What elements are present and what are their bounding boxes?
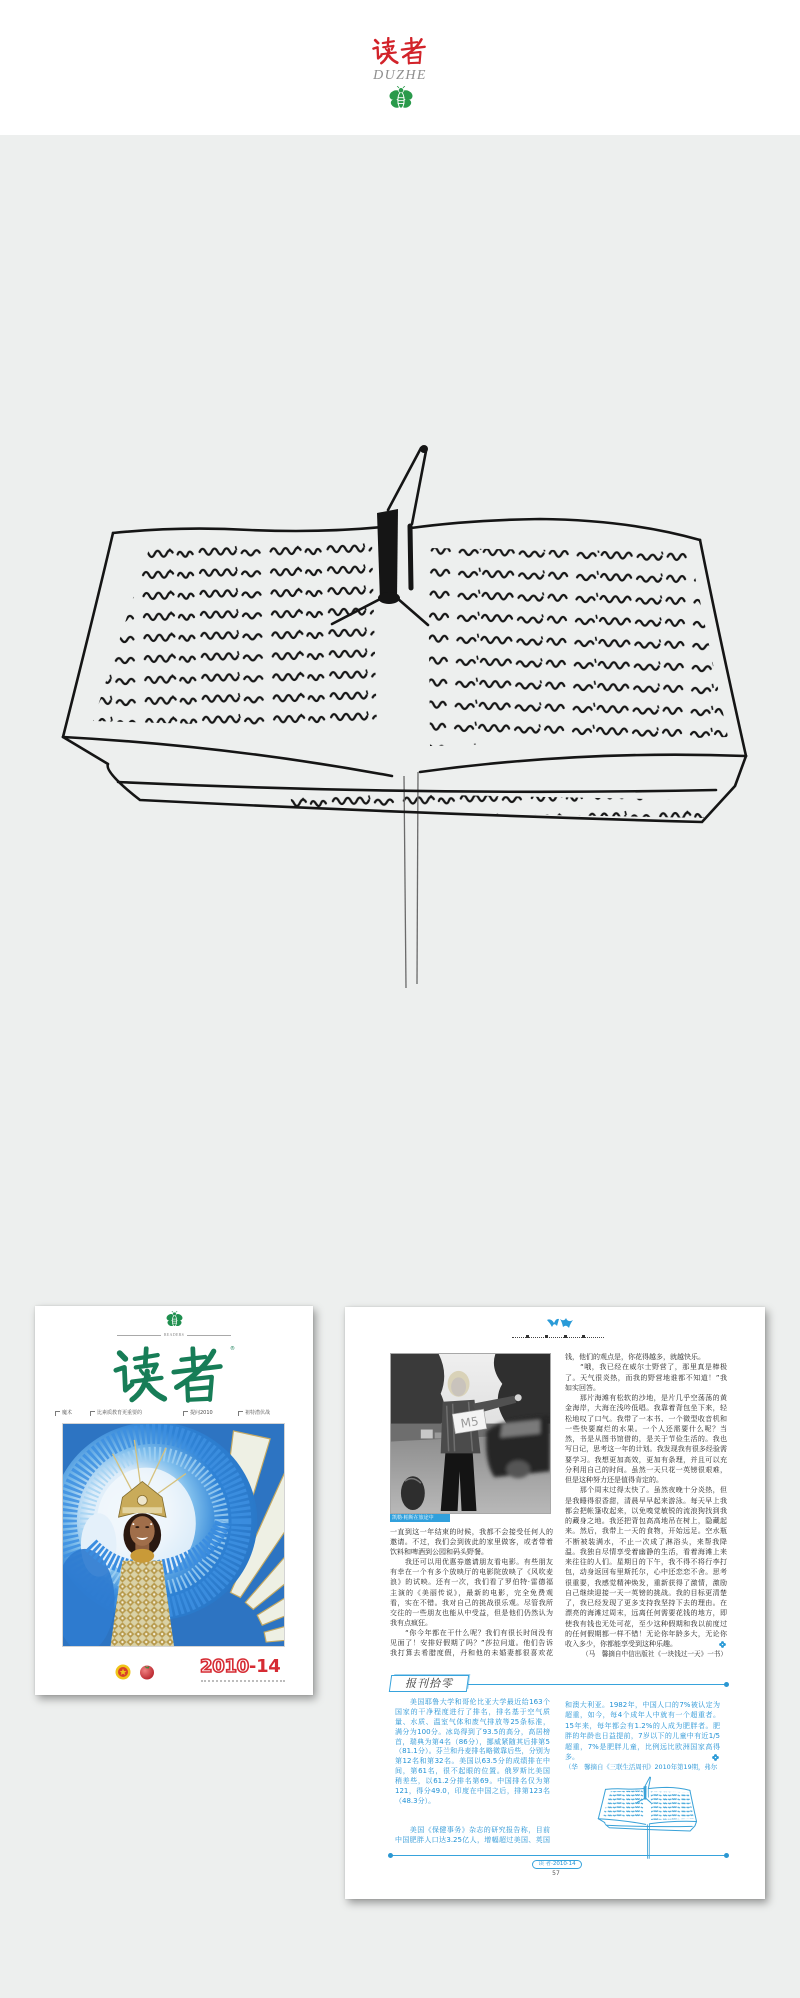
text-line: 一些快要腐烂的水果。一个人还需要什么呢？当 [565,1424,727,1434]
text-line: 不断被装满水，不止一次成了淋浴头，来帮我降 [565,1537,727,1547]
text-line: 我还可以用优惠券邀请朋友看电影。有些朋友 [390,1557,553,1567]
article-right-column: 钱，他们的观点是，你花得越多，就越快乐。 “哦，我已经在威尔士野营了，那里真是棒… [565,1352,727,1660]
text-line: 松地叹了口气。我带了一本书、一个微型收音机和 [565,1414,727,1424]
text-line: 的藏身之地。我还把背包高高地吊在树上，隐藏起 [565,1516,727,1526]
text-line: 见面了！安排好假期了吗？”莎拉问道。他们告诉 [390,1638,553,1648]
cover-headline: 魔术 [55,1410,72,1417]
text-line: 饮料和啤酒到公园和码头野餐。 [390,1547,553,1557]
cover-readers-rule: READERS [117,1332,231,1338]
article-source: （马 馨摘自中信出版社《一块钱过一天》一书） [565,1649,727,1659]
text-line: 美国耶鲁大学和哥伦比亚大学最近给163个 [395,1698,550,1708]
article-left-column: 一直到这一年结束的时候，我都不会接受任何人的 邀请。不过，我们会到彼此的家里做客… [390,1527,553,1658]
text-line: 邀请。不过，我们会到彼此的家里做客，或者带着 [390,1537,553,1547]
rule-end-dot [724,1853,729,1858]
sign-text: M5 [460,1414,480,1431]
duzhe-calligraphy-logo [372,37,428,65]
mini-book-on-stick-illustration [595,1773,700,1861]
text-line: 有幸在一个有多个放映厅的电影院放映了《风吹麦 [390,1567,553,1577]
text-line: 很重要，我感觉精神焕发，重新获得了激情，激励 [565,1578,727,1588]
text-line: 收入多少，你都能享受到这种乐趣。 [565,1640,677,1648]
cover-fine-print [201,1680,285,1682]
text-line: 来。然后，我带上一天的食物，开始远足。空水瓶 [565,1526,727,1536]
text-line: 然，书是从图书馆借的，是关于节俭生活的。我也 [565,1434,727,1444]
text-line: 满分为100分。冰岛得到了93.5的高分，高居榜 [395,1728,550,1738]
text-line: （48.3分）。 [395,1797,550,1807]
text-line: 来往往的人们。星期日的下午，我不得不将行李打 [565,1557,727,1567]
text-line: 都会把帐篷收起来，以免嗅觉敏锐的流浪狗找到我 [565,1506,727,1516]
hitchhiker-photo: M5 [391,1354,550,1513]
cover-headline: 提问2010 [183,1410,213,1417]
issue-year: 2010 [200,1656,249,1677]
award-badge-icon [115,1664,131,1680]
text-line: 第12名和第32名。美国以63.5分的成绩排在中 [395,1757,550,1767]
text-line: 使我有钱也无处可花，至少这种假期和我以前度过 [565,1619,727,1629]
cover-headline: 祖特潜伏战 [238,1410,270,1417]
magazine-cover-thumbnail[interactable]: READERS ® 魔术 比素质教育更重要的 提问2010 祖特潜伏战 [35,1306,313,1695]
text-line: 我有点疯狂。 [390,1618,553,1628]
paragraph-gap [395,1807,550,1826]
text-line: 美国《保健事务》杂志的研究报告称，目前 [395,1826,550,1836]
text-line-with-end-mark: 收入多少，你都能享受到这种乐趣。 [565,1639,727,1649]
text-line: 胖的年龄也日益提前，7岁以下的儿童中有近1/5 [565,1731,720,1741]
registered-mark: ® [230,1346,235,1352]
issue-no: -14 [249,1656,281,1677]
magazine-page-thumbnail[interactable]: M5 凯勒·帕斯在旅途中 一直到这一年结束的时候，我都不会接受任何人的 邀请。不… [345,1307,765,1899]
text-line: 稍差些，以61.2分排名第69。中国排名仅为第 [395,1777,550,1787]
issue-number: 2010-14 [200,1657,281,1677]
rule-marker [564,1335,567,1338]
text-line: 钱，他们的观点是，你花得越多，就越快乐。 [565,1352,727,1362]
end-mark-icon [719,1641,726,1648]
section-rule-top [468,1684,726,1685]
photo-caption: 凯勒·帕斯在旅途中 [390,1514,450,1522]
text-line-with-end-mark: 多。 [565,1752,720,1762]
text-line: 了。天气很炎热，而我的野营地谁都不知道！”我 [565,1373,727,1383]
section-title-box: 报刊拾零 [389,1675,469,1692]
text-line: 一直到这一年结束的时候，我都不会接受任何人的 [390,1527,553,1537]
text-line: 主演的《美丽传说》，最新的电影，完全免费观 [390,1588,553,1598]
section-title: 报刊拾零 [391,1676,467,1691]
text-line: 我打算去希腊度假，丹和他的未婚妻都很喜欢花 [390,1648,553,1658]
text-line: 分利用自己的时间。虽然一天只花一英镑很艰难， [565,1465,727,1475]
text-line: 那片海滩有松软的沙地，是片几乎空荡荡的黄 [565,1393,727,1403]
text-line: 浪》的试映。还有一次，我们看了罗伯特·雷德福 [390,1577,553,1587]
section-source: （华 馨摘自《三联生活周刊》2010年第19期，弗尔荐图） [565,1762,720,1772]
text-line: 超重，7%是肥胖儿童，比例远比欧洲国家高得 [565,1742,720,1752]
text-line: 写日记，思考这一年的计划。我发现我有很多经验需 [565,1444,727,1454]
cover-brand-small: READERS [164,1332,184,1338]
cover-title-calligraphy [113,1344,227,1406]
text-line: 的任何假期都一样不错！无论你年龄多大，无论你 [565,1629,727,1639]
text-line: 多。 [565,1753,579,1761]
text-line: 温。我独自尽情享受着幽静的生活，看着海滩上来 [565,1547,727,1557]
text-line: 如实回答。 [565,1383,727,1393]
text-line: 间，第61名，很不起眼的位置。俄罗斯比美国 [395,1767,550,1777]
bee-icon [388,86,414,112]
text-line: 包，动身返回布里斯托尔，心中还恋恋不舍。思考 [565,1567,727,1577]
page-number: 57 [543,1870,569,1878]
text-line: 了，我已经发现了更多支持我坚持下去的理由。在 [565,1598,727,1608]
brand-latin-name: DUZHE [360,69,440,83]
rule-end-dot [388,1853,393,1858]
text-line: “你今年都在干什么呢？我们有很长时间没有 [390,1628,553,1638]
text-line: 15年来，每年都会有1.2%的人成为肥胖者。肥 [565,1721,720,1731]
brand-logo-link[interactable]: DUZHE [360,34,440,116]
text-line: 看，实在不错。我对自己的挑战很乐观。尽管我所 [390,1598,553,1608]
text-line: 超重，如今，每4个成年人中就有一个超重者。 [565,1710,720,1720]
page-header-ornament-icon [545,1316,575,1330]
rule-marker [582,1335,585,1338]
text-line: 漂亮的海滩过周末，远离任何需要花钱的地方，即 [565,1608,727,1618]
text-line: 量、水质、温室气体和废气排放等25条标准， [395,1718,550,1728]
text-line: 那个周末过得太快了。虽然夜晚十分炎热，但 [565,1485,727,1495]
text-line: 国家的干净程度进行了排名，排名基于空气质 [395,1708,550,1718]
text-line: 是我睡得很香甜，清晨早早起来游泳。每天早上我 [565,1496,727,1506]
section-right-column: 和澳大利亚。1982年，中国人口的7%被认定为 超重，如今，每4个成年人中就有一… [565,1700,720,1773]
text-line: 和澳大利亚。1982年，中国人口的7%被认定为 [565,1700,720,1710]
divider [187,1335,231,1336]
rule-marker [545,1335,548,1338]
bee-icon [162,1311,187,1329]
text-line: 但是这种努力还是值得肯定的。 [565,1475,727,1485]
rule-marker [526,1335,529,1338]
header-band: DUZHE [0,0,800,135]
divider [117,1335,161,1336]
section-left-column: 美国耶鲁大学和哥伦比亚大学最近给163个 国家的干净程度进行了排名，排名基于空气… [395,1698,550,1846]
section-rule-bottom [391,1855,727,1856]
text-line: 自己继续迎接一天一英镑的挑战。我的目标更清楚 [565,1588,727,1598]
page-footer-magazine: 读 者·2010·14 [532,1860,582,1869]
text-line: 首，瑞典为第4名（86分），挪威紧随其后排第5 [395,1738,550,1748]
text-line: 要学习。我想更加高效，更加有条理，并且可以充 [565,1455,727,1465]
text-line: 121，得分49.0，印度在中国之后，排第123名 [395,1787,550,1797]
end-mark-icon [712,1754,719,1761]
text-line: （81.1分）。芬兰和丹麦排名略微靠后些，分别为 [395,1747,550,1757]
text-line: “哦，我已经在威尔士野营了，那里真是棒极 [565,1362,727,1372]
text-line: 交往的一些朋友也能从中受益，但是他们仍然认为 [390,1608,553,1618]
cover-headlines: 魔术 比素质教育更重要的 提问2010 祖特潜伏战 [53,1410,293,1417]
text-line: 金海岸，大海在浅吟低唱。我靠着背包坐下来，轻 [565,1403,727,1413]
text-line: 中国肥胖人口达3.25亿人，增幅超过美国、英国 [395,1836,550,1846]
tomato-badge-icon [139,1664,155,1680]
book-on-stick-illustration [0,420,800,1020]
cover-headline: 比素质教育更重要的 [90,1410,142,1417]
cover-photo [62,1423,285,1647]
article-photo: M5 [390,1353,551,1514]
carnival-dancer-photo [63,1424,284,1646]
rule-end-dot [724,1682,729,1687]
page-header-rule [512,1334,604,1338]
